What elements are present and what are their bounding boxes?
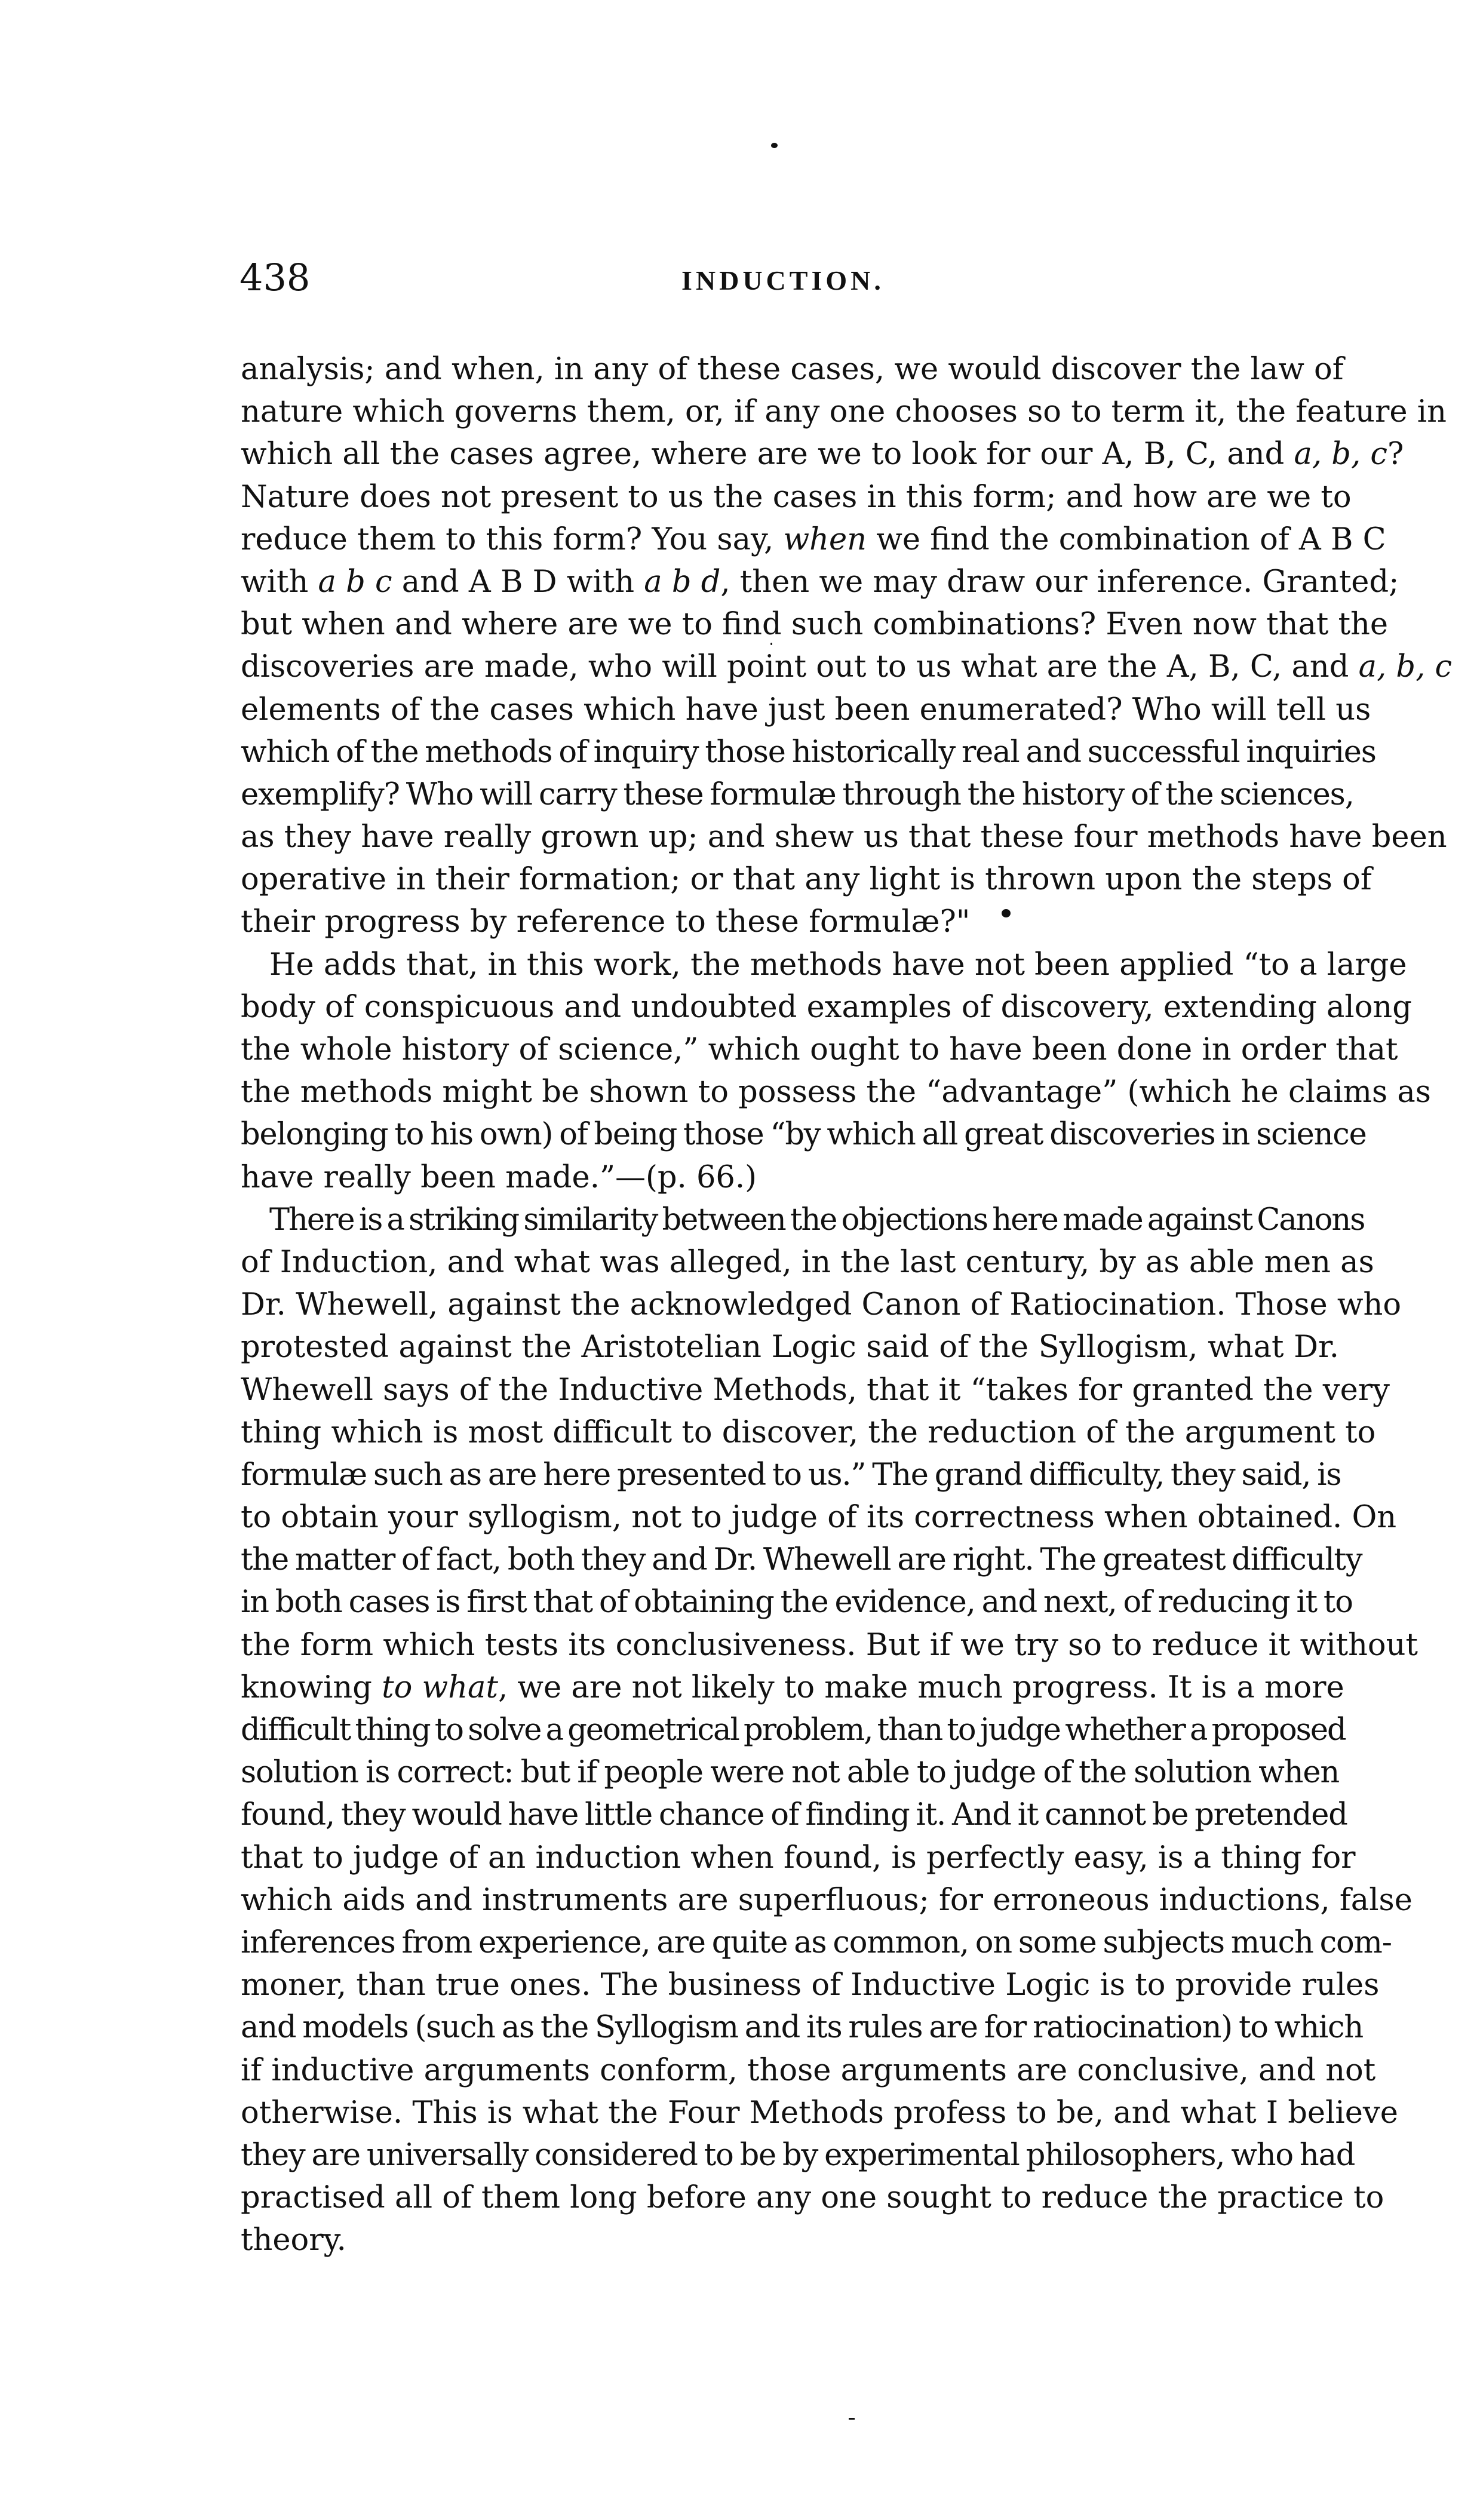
text-line: have really been made.”—(p. 66.) [241,1156,1339,1199]
text-line: of Induction, and what was alleged, in t… [241,1241,1339,1284]
text-line: nature which governs them, or, if any on… [241,391,1339,433]
text-line: He adds that, in this work, the methods … [241,944,1339,986]
text-line: exemplify? Who will carry these formulæ … [241,774,1339,816]
ink-speck-mark [770,643,772,645]
running-head: 438 INDUCTION. [239,257,1339,299]
text-line: with a b c and A B D with a b d, then we… [241,561,1339,603]
text-line: the matter of fact, both they and Dr. Wh… [241,1539,1339,1581]
text-line: inferences from experience, are quite as… [241,1922,1339,1964]
text-line: analysis; and when, in any of these case… [241,348,1339,391]
text-line: found, they would have little chance of … [241,1794,1339,1836]
text-line: which aids and instruments are superfluo… [241,1879,1339,1922]
text-line: which of the methods of inquiry those hi… [241,731,1339,774]
text-line: otherwise. This is what the Four Methods… [241,2092,1339,2134]
text-line: body of conspicuous and undoubted exampl… [241,986,1339,1029]
paragraph-3: There is a striking similarity between t… [241,1199,1339,2262]
text-line: theory. [241,2219,1339,2261]
text-line: belonging to his own) of being those “by… [241,1113,1339,1156]
text-line: the whole history of science,” which oug… [241,1029,1339,1071]
text-line: in both cases is first that of obtaining… [241,1581,1339,1623]
text-line: as they have really grown up; and shew u… [241,816,1339,858]
text-line: and models (such as the Syllogism and it… [241,2006,1339,2049]
book-page: 438 INDUCTION. analysis; and when, in an… [0,0,1480,2520]
text-line: operative in their formation; or that an… [241,858,1339,901]
text-line: thing which is most difficult to discove… [241,1411,1339,1454]
text-line: practised all of them long before any on… [241,2177,1339,2219]
text-line: Whewell says of the Inductive Methods, t… [241,1369,1339,1411]
printer-dot-mark [771,143,778,148]
text-line: their progress by reference to these for… [241,901,1339,943]
text-line: they are universally considered to be by… [241,2134,1339,2177]
text-line: protested against the Aristotelian Logic… [241,1326,1339,1368]
body-text: analysis; and when, in any of these case… [241,348,1339,2261]
text-line: formulæ such as are here presented to us… [241,1454,1339,1496]
text-line: reduce them to this form? You say, when … [241,518,1339,561]
text-line: moner, than true ones. The business of I… [241,1964,1339,2006]
paragraph-1: analysis; and when, in any of these case… [241,348,1339,944]
text-line: to obtain your syllogism, not to judge o… [241,1496,1339,1539]
text-line: elements of the cases which have just be… [241,689,1339,731]
text-line: which all the cases agree, where are we … [241,433,1339,475]
paragraph-2: He adds that, in this work, the methods … [241,944,1339,1199]
stray-ink-dot [1002,909,1011,917]
page-number: 438 [239,257,310,299]
bottom-dash-mark [849,2418,855,2420]
running-title: INDUCTION. [681,263,885,299]
text-line: Dr. Whewell, against the acknowledged Ca… [241,1284,1339,1326]
text-line: if inductive arguments conform, those ar… [241,2049,1339,2092]
text-line: solution is correct: but if people were … [241,1751,1339,1794]
text-line: knowing to what, we are not likely to ma… [241,1666,1339,1709]
text-line: but when and where are we to find such c… [241,603,1339,646]
text-line: discoveries are made, who will point out… [241,646,1339,688]
text-line: There is a striking similarity between t… [241,1199,1339,1241]
text-line: the methods might be shown to possess th… [241,1071,1339,1113]
text-line: difficult thing to solve a geometrical p… [241,1709,1339,1751]
text-line: Nature does not present to us the cases … [241,476,1339,518]
text-line: the form which tests its conclusiveness.… [241,1624,1339,1666]
text-line: that to judge of an induction when found… [241,1837,1339,1879]
